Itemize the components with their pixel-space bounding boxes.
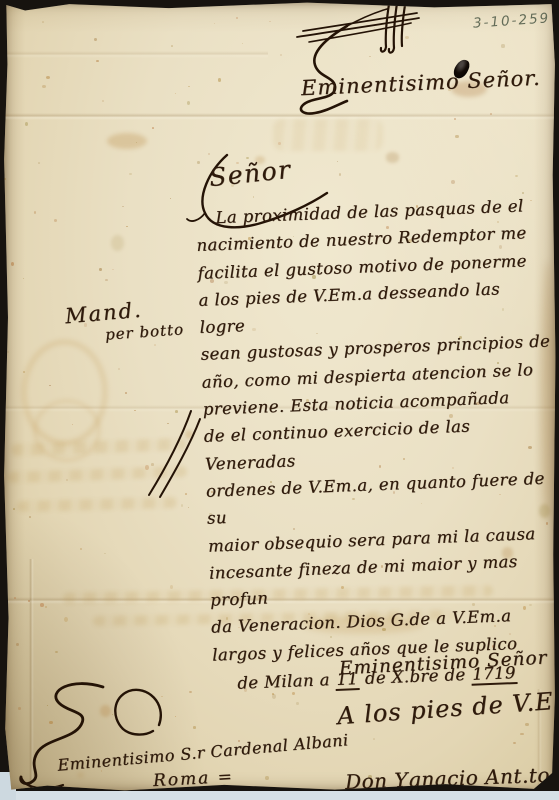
foxing-spot — [16, 643, 19, 646]
foxing-spot — [170, 198, 171, 199]
foxing-spot — [451, 180, 455, 184]
foxing-spot — [188, 86, 190, 88]
foxing-spot — [236, 17, 238, 19]
foxing-spot — [105, 279, 107, 281]
foxing-spot — [136, 142, 138, 143]
foxing-spot — [269, 21, 271, 22]
address-flourish-icon — [11, 673, 176, 795]
foxing-spot — [125, 392, 128, 394]
foxing-spot — [175, 93, 176, 94]
foxing-spot — [278, 142, 281, 145]
foxing-spot — [55, 651, 58, 653]
address-city: Roma = — [153, 767, 235, 791]
foxing-spot — [25, 122, 28, 126]
foxing-spot — [218, 78, 221, 82]
foxing-spot — [23, 371, 25, 373]
fold-crease-top-left — [3, 51, 268, 58]
foxing-spot — [5, 115, 6, 116]
foxing-spot — [104, 553, 106, 554]
fold-crease-upper — [3, 113, 556, 120]
signature: Don Ygnacio Ant.to Suarez — [345, 760, 559, 794]
foxing-spot — [474, 2, 477, 6]
scan-background: 3-10-259 Eminentisimo Señor. Señor Mand.… — [0, 0, 559, 800]
foxing-spot — [80, 548, 82, 550]
foxing-spot — [129, 173, 131, 175]
foxing-spot — [23, 278, 24, 279]
archive-reference: 3-10-259 — [473, 10, 551, 31]
paragraph-slash-icon — [141, 407, 201, 499]
foxing-spot — [189, 691, 192, 693]
letter-body: La proximidad de las pasquas de el nacim… — [195, 192, 559, 698]
foxing-spot — [11, 262, 15, 266]
foxing-spot — [112, 269, 114, 270]
foxing-spot — [13, 508, 15, 510]
foxing-spot — [152, 127, 154, 129]
foxing-spot — [454, 118, 456, 121]
rubric-cross-flourish-icon — [285, 1, 440, 121]
foxing-spot — [99, 268, 102, 271]
foxing-spot — [96, 60, 99, 62]
stain-ring-left — [21, 339, 108, 446]
foxing-spot — [42, 85, 46, 88]
letter-paper: 3-10-259 Eminentisimo Señor. Señor Mand.… — [3, 1, 556, 792]
foxing-spot — [45, 606, 47, 608]
foxing-spot — [490, 113, 492, 115]
foxing-spot — [513, 742, 515, 744]
foxing-spot — [187, 101, 190, 105]
foxing-spot — [154, 344, 155, 346]
foxing-spot — [54, 219, 57, 222]
foxing-spot — [40, 603, 43, 607]
foxing-spot — [525, 723, 528, 726]
foxing-spot — [94, 38, 97, 41]
stain-smudge-upper — [107, 133, 147, 149]
foxing-spot — [188, 507, 189, 509]
foxing-spot — [118, 368, 121, 370]
foxing-spot — [111, 235, 124, 251]
foxing-spot — [46, 76, 50, 79]
foxing-spot — [170, 585, 174, 590]
foxing-spot — [296, 702, 299, 706]
stain-ring-left-2 — [33, 399, 101, 462]
foxing-spot — [34, 211, 36, 213]
foxing-spot — [520, 733, 524, 736]
foxing-spot — [29, 516, 31, 518]
foxing-spot — [134, 410, 136, 412]
scanner-bed-strip — [0, 791, 559, 800]
foxing-spot — [72, 424, 73, 425]
foxing-spot — [181, 504, 183, 507]
foxing-spot — [501, 44, 504, 47]
foxing-spot — [42, 21, 44, 23]
foxing-spot — [4, 178, 6, 180]
foxing-spot — [265, 776, 269, 781]
foxing-spot — [171, 45, 173, 47]
foxing-spot — [126, 226, 127, 227]
foxing-spot — [14, 597, 16, 599]
foxing-spot — [337, 161, 338, 162]
foxing-spot — [373, 738, 375, 740]
foxing-spot — [38, 162, 40, 164]
foxing-spot — [122, 206, 123, 207]
foxing-spot — [66, 479, 68, 481]
foxing-spot — [193, 726, 196, 729]
foxing-spot — [386, 152, 400, 162]
foxing-spot — [214, 23, 215, 24]
foxing-spot — [7, 351, 9, 353]
ghost-showthrough-3 — [17, 497, 177, 512]
foxing-spot — [455, 135, 458, 138]
foxing-spot — [242, 43, 243, 44]
foxing-spot — [515, 175, 518, 177]
foxing-spot — [64, 617, 68, 622]
foxing-spot — [339, 173, 341, 176]
foxing-spot — [49, 385, 50, 386]
foxing-spot — [28, 600, 30, 602]
date-prefix: de Milan a — [237, 670, 336, 693]
foxing-spot — [280, 54, 282, 56]
foxing-spot — [102, 100, 103, 102]
ghost-showthrough-flourish — [273, 119, 383, 151]
